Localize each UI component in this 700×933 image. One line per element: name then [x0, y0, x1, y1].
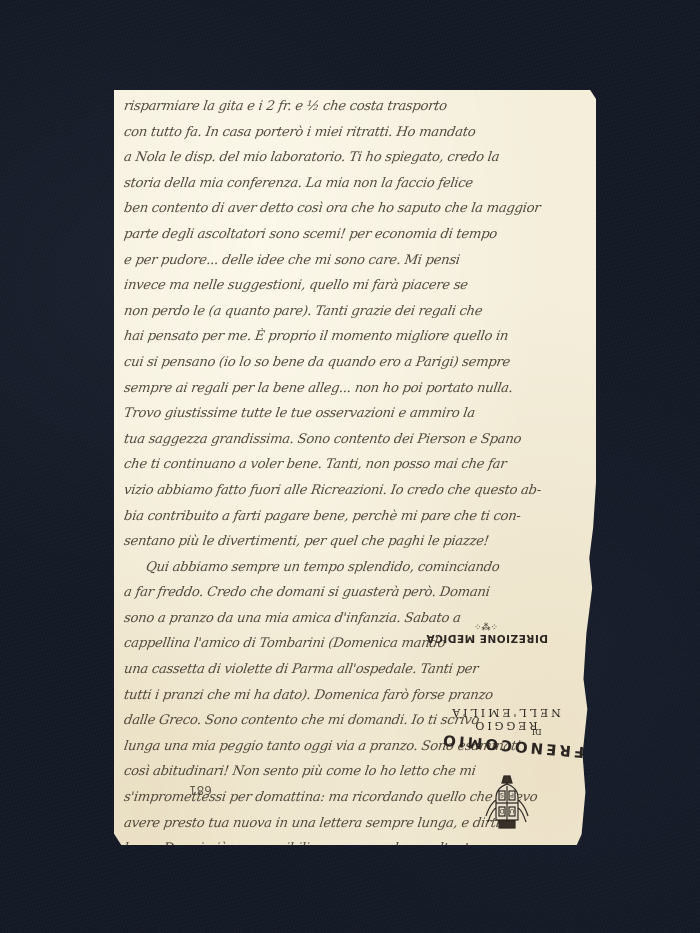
handwritten-line: una cassetta di violette di Parma all'os… — [122, 657, 592, 683]
handwritten-line: a Nola le disp. del mio laboratorio. Ti … — [122, 145, 592, 171]
handwritten-line: bene: Dormi più ore possibili – pranza a… — [122, 836, 592, 862]
svg-text:S: S — [500, 791, 504, 798]
svg-text:U: U — [510, 807, 514, 814]
handwritten-line: ben contento di aver detto così ora che … — [122, 196, 592, 222]
svg-text:D: D — [499, 807, 504, 814]
handwritten-line: a far freddo. Credo che domani si guaste… — [122, 580, 592, 606]
handwritten-line: non perdo le (a quanto pare). Tanti graz… — [122, 299, 592, 325]
handwritten-line: invece ma nelle suggestioni, quello mi f… — [122, 273, 592, 299]
letterhead-di: DI — [532, 727, 542, 736]
handwritten-line: nelle lettere domani che impossibile dom… — [122, 862, 592, 888]
letterhead-direzione: DIREZIONE MEDICA — [426, 632, 548, 644]
letter-paper: risparmiare la gita e i 2 fr. e ½ che co… — [114, 90, 596, 845]
archive-number: 681 — [189, 783, 212, 797]
handwritten-line: Trovo giustissime tutte le tue osservazi… — [122, 401, 592, 427]
handwritten-line: tutti i pranzi che mi ha dato). Domenica… — [122, 683, 592, 709]
handwritten-line: sempre ai regali per la bene alleg... no… — [122, 376, 592, 402]
handwritten-line: sono a pranzo da una mia amica d'infanzi… — [122, 606, 592, 632]
svg-text:P: P — [510, 791, 514, 798]
handwritten-line: che ti continuano a voler bene. Tanti, n… — [122, 452, 592, 478]
coat-of-arms-icon: U D P S — [484, 774, 530, 830]
handwritten-line: storia della mia conferenza. La mia non … — [122, 171, 592, 197]
handwritten-line: tua saggezza grandissima. Sono contento … — [122, 427, 592, 453]
handwritten-line: hai pensato per me. È proprio il momento… — [122, 324, 592, 350]
handwritten-line: risparmiare la gita e i 2 fr. e ½ che co… — [122, 94, 592, 120]
handwritten-line: e ricevi mille nelle baciami. Il tuo tuo… — [122, 887, 592, 913]
handwritten-line: Qui abbiamo sempre un tempo splendido, c… — [122, 555, 592, 581]
letterhead-city: REGGIO NELL'EMILIA — [414, 706, 596, 732]
handwritten-line: vizio abbiamo fatto fuori alle Ricreazio… — [122, 478, 592, 504]
handwritten-line: sentano più le divertimenti, per quel ch… — [122, 529, 592, 555]
handwritten-line: cui si pensano (io lo so bene da quando … — [122, 350, 592, 376]
handwritten-line: parte degli ascoltatori sono scemi! per … — [122, 222, 592, 248]
handwritten-line: bia contribuito a farti pagare bene, per… — [122, 504, 592, 530]
handwritten-line: con tutto fa. In casa porterò i miei rit… — [122, 120, 592, 146]
handwritten-line: e per pudore... delle idee che mi sono c… — [122, 248, 592, 274]
